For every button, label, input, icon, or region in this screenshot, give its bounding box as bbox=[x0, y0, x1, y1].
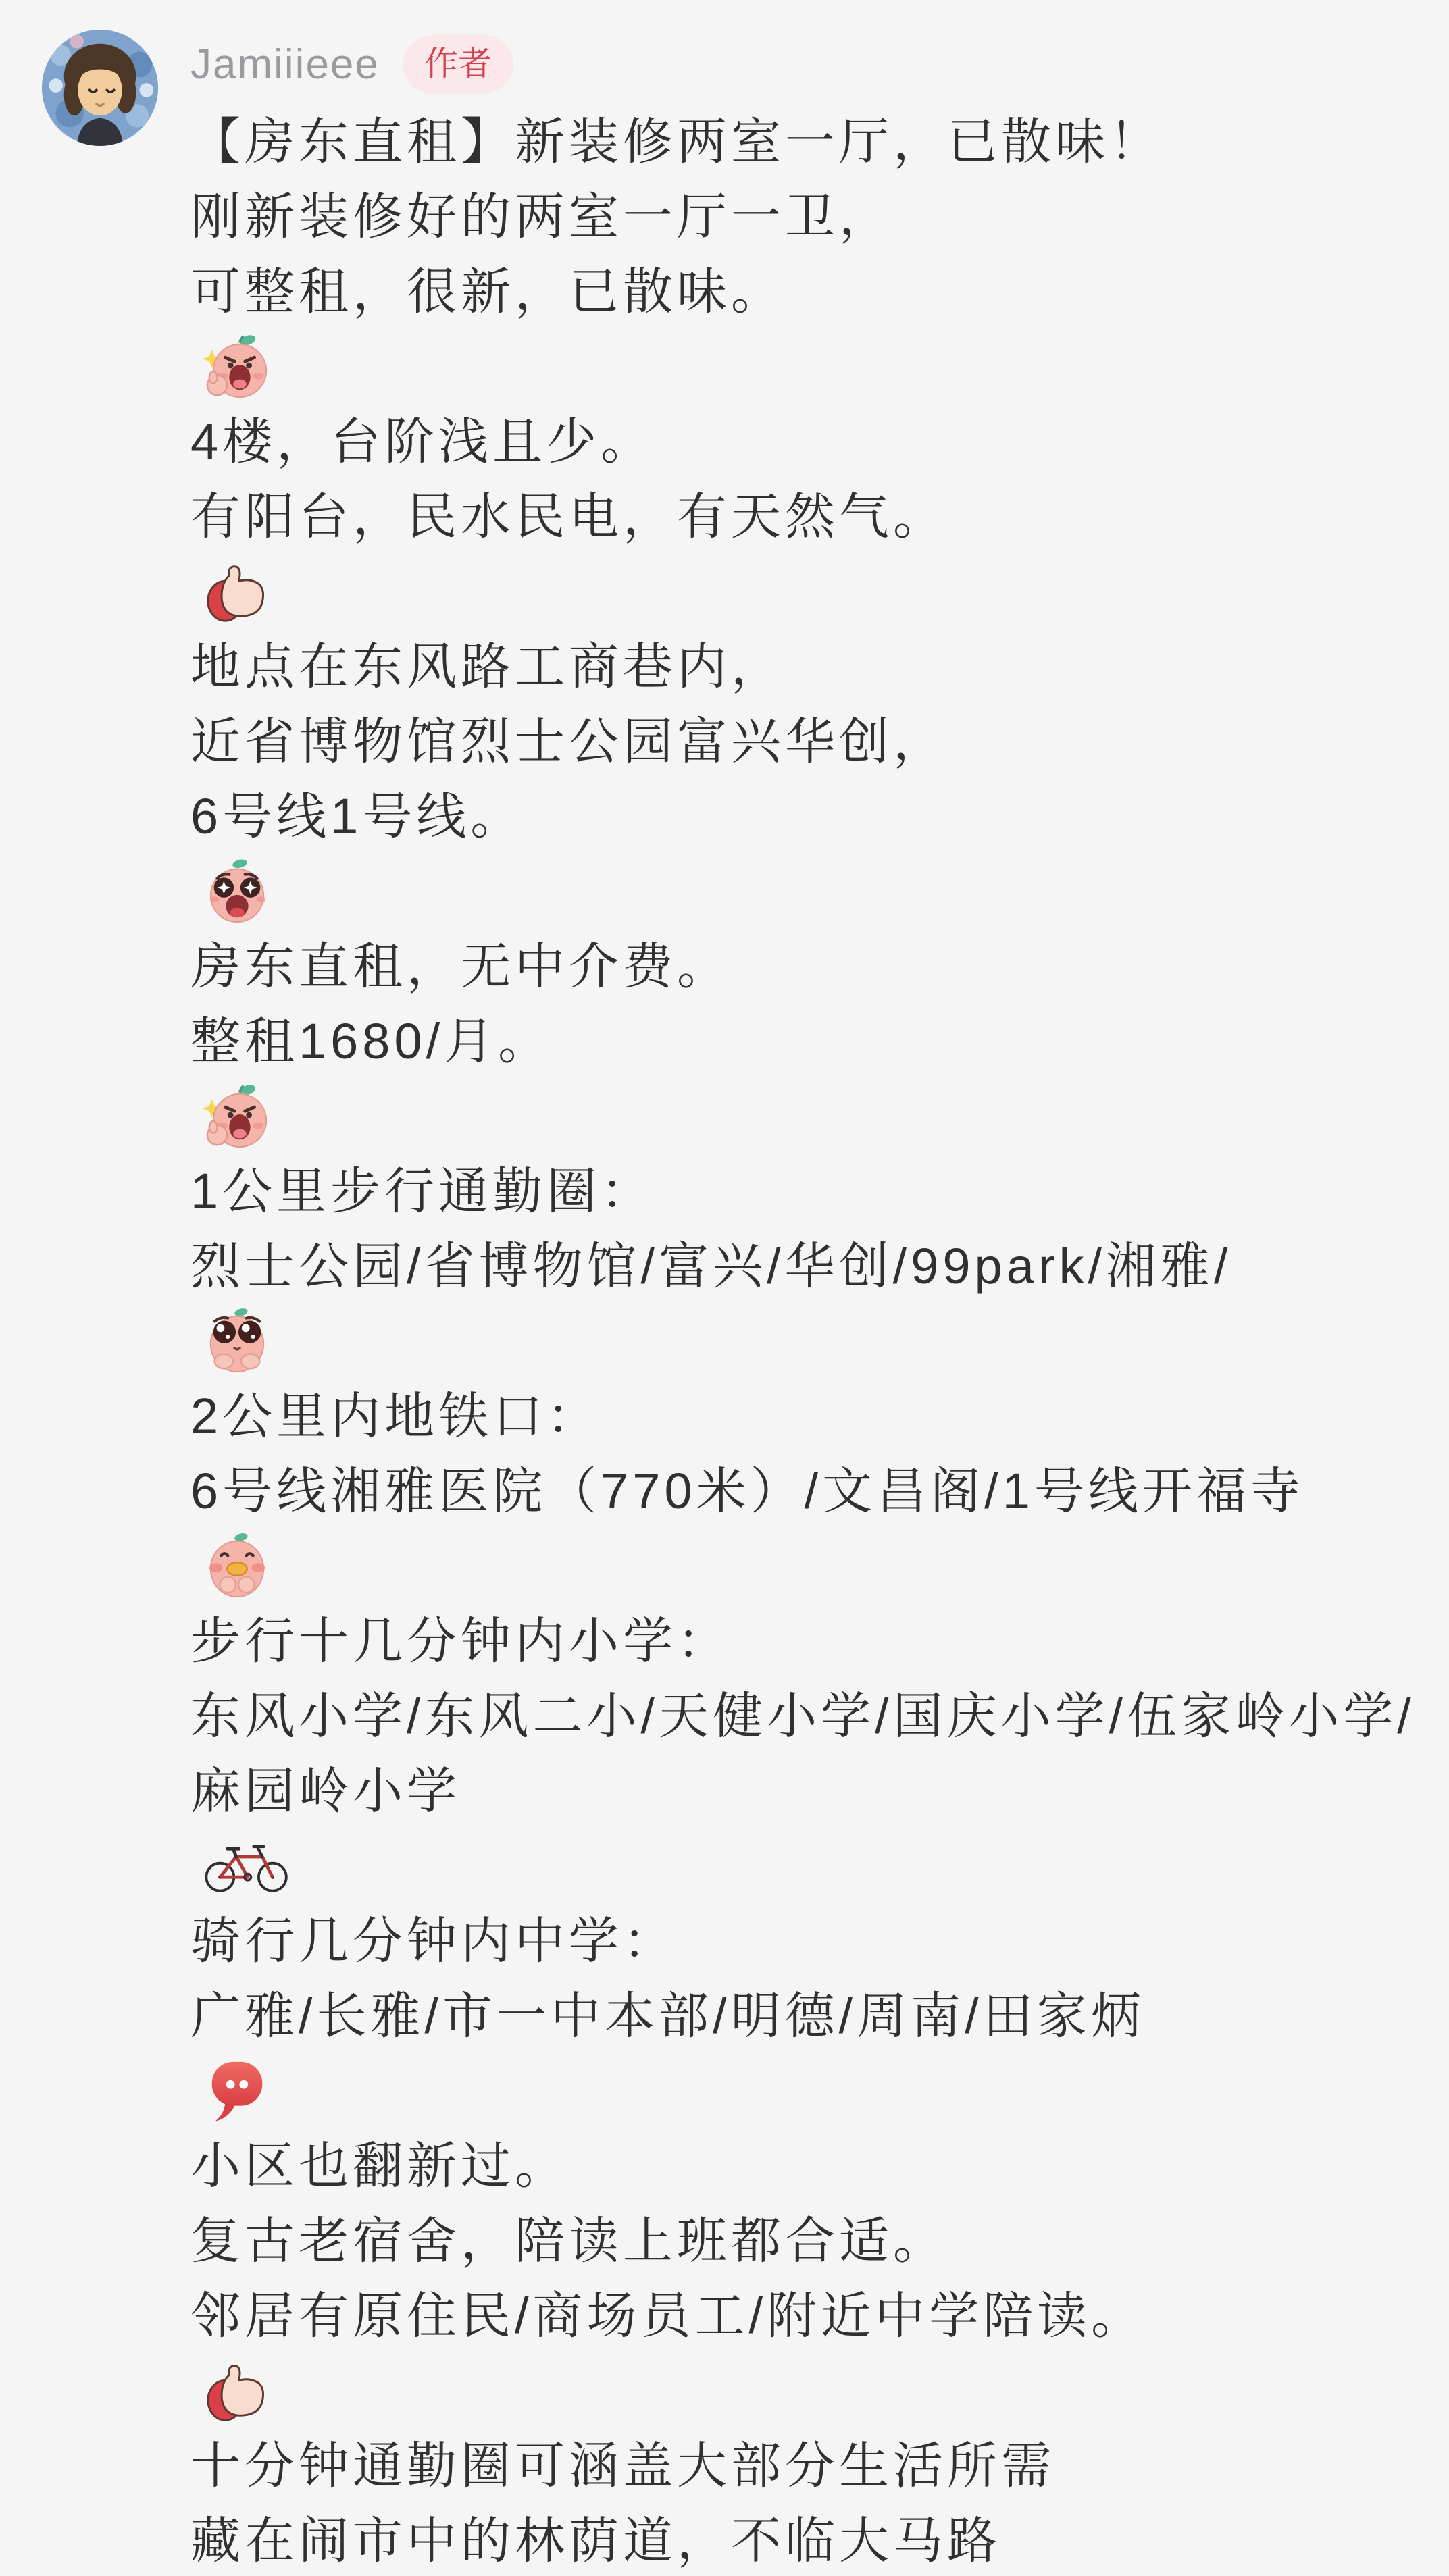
avatar[interactable] bbox=[42, 30, 158, 146]
avatar-illustration bbox=[42, 30, 158, 146]
comment-text-line: 整租1680/月。 bbox=[190, 1004, 1422, 1079]
peach-starstruck-icon bbox=[203, 857, 272, 926]
emoji-line bbox=[190, 2353, 1422, 2428]
comment-text: 2公里内地铁口： bbox=[190, 1388, 601, 1444]
comment-text-line: 近省博物馆烈士公园富兴华创， bbox=[190, 704, 1422, 779]
comment-text-line: 步行十几分钟内小学： bbox=[190, 1603, 1422, 1678]
comment-text-line: 2公里内地铁口： bbox=[190, 1379, 1422, 1453]
post-title-text: 【房东直租】新装修两室一厅，已散味！ bbox=[190, 113, 1163, 170]
comment-text-line: 地点在东风路工商巷内， bbox=[190, 629, 1422, 704]
peach-eating-icon bbox=[203, 1532, 272, 1601]
comment-text-line: 邻居有原住民/商场员工/附近中学陪读。 bbox=[190, 2278, 1422, 2353]
bicycle-icon bbox=[203, 1838, 290, 1895]
comment-text: 地点在东风路工商巷内， bbox=[190, 638, 785, 694]
comment-text-line: 1公里步行通勤圈： bbox=[190, 1154, 1422, 1229]
comment-text: 小区也翻新过。 bbox=[190, 2138, 569, 2194]
comment-text-line: 6号线湘雅医院（770米）/文昌阁/1号线开福寺 bbox=[190, 1453, 1422, 1528]
comment-text-line: 麻园岭小学 bbox=[190, 1753, 1422, 1828]
emoji-line bbox=[190, 1828, 1422, 1903]
comment-text: 邻居有原住民/商场员工/附近中学陪读。 bbox=[190, 2288, 1145, 2344]
username[interactable]: Jamiiieee bbox=[190, 41, 380, 88]
comment-text-line: 有阳台，民水民电，有天然气。 bbox=[190, 479, 1422, 554]
comment-text: 东风小学/东风二小/天健小学/国庆小学/伍家岭小学/ bbox=[190, 1688, 1415, 1744]
comment-text: 近省博物馆烈士公园富兴华创， bbox=[190, 713, 947, 769]
comment-text-line: 6号线1号线。 bbox=[190, 779, 1422, 854]
comment-header: Jamiiieee 作者 bbox=[190, 24, 1422, 104]
comment-text: 麻园岭小学 bbox=[190, 1763, 461, 1819]
comment-text: 6号线1号线。 bbox=[190, 788, 524, 844]
peach-cheer-icon bbox=[203, 1082, 272, 1151]
comment-text: 骑行几分钟内中学： bbox=[190, 1913, 677, 1969]
comment-text-line: 骑行几分钟内中学： bbox=[190, 1903, 1422, 1978]
emoji-line bbox=[190, 2053, 1422, 2128]
thumb-up-icon bbox=[203, 557, 272, 626]
comment-text-line: 烈士公园/省博物馆/富兴/华创/99park/湘雅/ bbox=[190, 1229, 1422, 1304]
post-title: 【房东直租】新装修两室一厅，已散味！ bbox=[190, 104, 1422, 179]
comment-text: 整租1680/月。 bbox=[190, 1013, 552, 1069]
comment-text: 6号线湘雅医院（770米）/文昌阁/1号线开福寺 bbox=[190, 1463, 1304, 1519]
emoji-line bbox=[190, 1079, 1422, 1154]
comment-text: 烈士公园/省博物馆/富兴/华创/99park/湘雅/ bbox=[190, 1238, 1232, 1294]
comment-post: Jamiiieee 作者 【房东直租】新装修两室一厅，已散味！ 刚新装修好的两室… bbox=[0, 0, 1449, 2576]
comment-text: 广雅/长雅/市一中本部/明德/周南/田家炳 bbox=[190, 1988, 1145, 2044]
comment-text-line: 十分钟通勤圈可涵盖大部分生活所需 bbox=[190, 2428, 1422, 2503]
comment-text: 刚新装修好的两室一厅一卫， bbox=[190, 188, 893, 244]
comment-text-line: 广雅/长雅/市一中本部/明德/周南/田家炳 bbox=[190, 1978, 1422, 2053]
thumb-up-icon bbox=[203, 2356, 272, 2425]
comment-text-line: 复古老宿舍，陪读上班都合适。 bbox=[190, 2203, 1422, 2278]
comment-text: 藏在闹市中的林荫道，不临大马路 bbox=[190, 2513, 1001, 2569]
comment-text: 1公里步行通勤圈： bbox=[190, 1163, 655, 1219]
comment-text: 步行十几分钟内小学： bbox=[190, 1613, 731, 1669]
comment-text-line: 4楼，台阶浅且少。 bbox=[190, 404, 1422, 479]
comment-text: 有阳台，民水民电，有天然气。 bbox=[190, 488, 947, 544]
comment-text: 房东直租，无中介费。 bbox=[190, 938, 731, 994]
comment-text: 4楼，台阶浅且少。 bbox=[190, 413, 655, 469]
comment-text: 复古老宿舍，陪读上班都合适。 bbox=[190, 2213, 947, 2269]
emoji-line bbox=[190, 554, 1422, 629]
comment-text-line: 刚新装修好的两室一厅一卫， bbox=[190, 179, 1422, 254]
comment-text-line: 东风小学/东风二小/天健小学/国庆小学/伍家岭小学/ bbox=[190, 1678, 1422, 1753]
emoji-line bbox=[190, 1528, 1422, 1603]
speech-bubble-icon bbox=[203, 2057, 272, 2126]
author-badge: 作者 bbox=[403, 35, 513, 93]
comment-text-line: 可整租，很新，已散味。 bbox=[190, 254, 1422, 329]
comment-text: 十分钟通勤圈可涵盖大部分生活所需 bbox=[190, 2438, 1055, 2494]
comment-text: 可整租，很新，已散味。 bbox=[190, 263, 785, 319]
comment-text-line: 房东直租，无中介费。 bbox=[190, 929, 1422, 1004]
post-body: 【房东直租】新装修两室一厅，已散味！ 刚新装修好的两室一厅一卫，可整租，很新，已… bbox=[190, 104, 1422, 2576]
comment-text-line: 藏在闹市中的林荫道，不临大马路 bbox=[190, 2503, 1422, 2576]
emoji-line bbox=[190, 329, 1422, 404]
comment-text-line: 小区也翻新过。 bbox=[190, 2128, 1422, 2203]
peach-pleading-icon bbox=[203, 1307, 272, 1376]
peach-cheer-icon bbox=[203, 332, 272, 401]
emoji-line bbox=[190, 1304, 1422, 1379]
emoji-line bbox=[190, 854, 1422, 929]
